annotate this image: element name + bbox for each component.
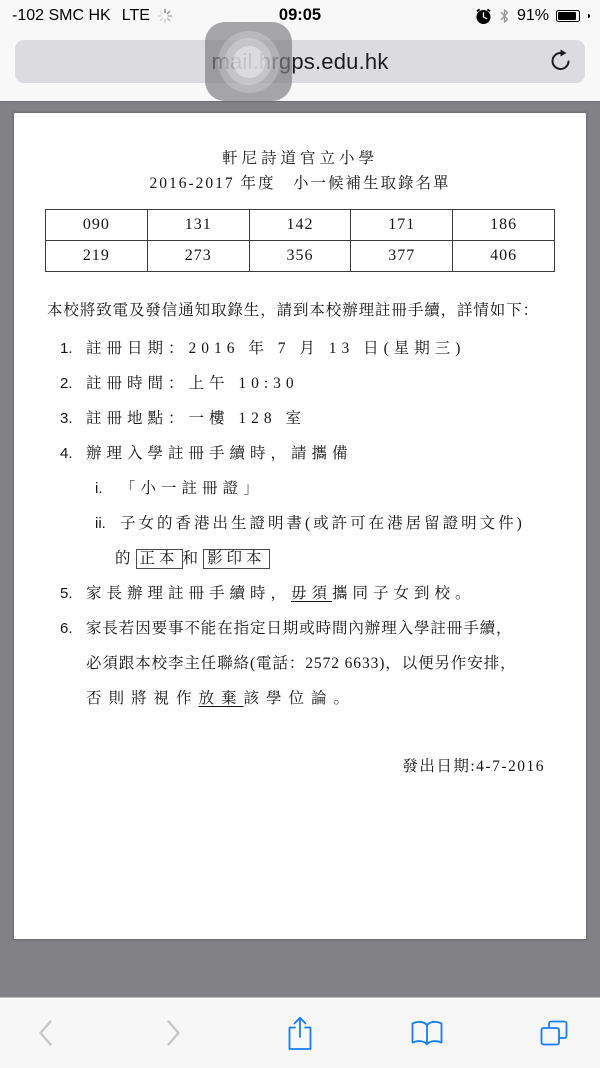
list-item-4: 4. 辦理入學註冊手續時，請攜備 [60, 443, 586, 465]
list-item-4-sub-ii-line2: 的正本和影印本 [115, 548, 586, 570]
sub-item-number: ii. [95, 513, 120, 535]
admission-number-cell: 273 [147, 241, 249, 272]
table-row: 090 131 142 171 186 [46, 210, 555, 241]
item-number: 3. [60, 408, 86, 430]
carrier-signal-text: -102 SMC HK [12, 7, 111, 25]
refresh-button[interactable] [547, 49, 573, 75]
sub-item-text: 子女的香港出生證明書(或許可在港居留證明文件) [120, 513, 525, 535]
list-item-4-sub-ii: ii. 子女的香港出生證明書(或許可在港居留證明文件) [95, 513, 586, 535]
underlined-no-need-text: 毋須 [291, 585, 332, 602]
assistive-touch-button[interactable] [205, 22, 292, 101]
refresh-icon [549, 49, 571, 73]
url-bar: mail.hrgps.edu.hk [0, 30, 600, 101]
list-item-6-line3: 否則將視作放棄該學位論。 [86, 688, 586, 710]
back-button[interactable] [24, 1009, 68, 1057]
page-backdrop: 軒尼詩道官立小學 2016-2017 年度 小一候補生取錄名單 090 131 … [0, 101, 600, 997]
list-item-2: 2. 註冊時間：上午 10:30 [60, 373, 586, 395]
item-text: 辦理入學註冊手續時，請攜備 [86, 443, 353, 465]
list-item-6-line2: 必須跟本校李主任聯絡(電話：2572 6633)，以便另作安排， [86, 653, 586, 675]
school-name-title: 軒尼詩道官立小學 [14, 147, 586, 171]
item-number: 5. [60, 583, 86, 605]
admission-numbers-table: 090 131 142 171 186 219 273 356 377 406 [45, 209, 555, 272]
assistive-touch-outer-ring [218, 31, 280, 93]
battery-percent-text: 91% [517, 7, 549, 25]
battery-icon [556, 10, 580, 22]
document-page: 軒尼詩道官立小學 2016-2017 年度 小一候補生取錄名單 090 131 … [14, 113, 586, 939]
admission-number-cell: 186 [453, 210, 555, 241]
admission-number-cell: 219 [46, 241, 148, 272]
status-left-group: -102 SMC HK LTE [12, 7, 173, 25]
document-subtitle: 2016-2017 年度 小一候補生取錄名單 [14, 171, 586, 197]
boxed-photocopy-label: 影印本 [203, 549, 270, 569]
back-chevron-icon [35, 1018, 57, 1048]
admission-number-cell: 131 [147, 210, 249, 241]
forward-button[interactable] [151, 1009, 195, 1057]
intro-paragraph: 本校將致電及發信通知取錄生，請到本校辦理註冊手續，詳情如下： [47, 300, 546, 322]
line2-connector: 和 [183, 550, 204, 567]
list-item-3: 3. 註冊地點：一樓 128 室 [60, 408, 586, 430]
table-row: 219 273 356 377 406 [46, 241, 555, 272]
bluetooth-icon [499, 8, 510, 24]
network-activity-spinner-icon [157, 8, 173, 24]
admission-number-cell: 406 [453, 241, 555, 272]
alarm-clock-icon [475, 8, 492, 25]
item-number: 2. [60, 373, 86, 395]
admission-number-cell: 142 [249, 210, 351, 241]
item-number: 4. [60, 443, 86, 465]
item-text: 註冊地點：一樓 128 室 [86, 408, 306, 430]
boxed-original-label: 正本 [136, 549, 183, 569]
list-item-6: 6. 家長若因要事不能在指定日期或時間內辦理入學註冊手續， [60, 618, 586, 640]
sub-item-number: i. [95, 478, 120, 500]
list-item-1: 1. 註冊日期：2016 年 7 月 13 日(星期三) [60, 338, 586, 360]
item-text-line1: 家長若因要事不能在指定日期或時間內辦理入學註冊手續， [86, 618, 512, 640]
battery-cap [588, 14, 590, 19]
item-text: 註冊日期：2016 年 7 月 13 日(星期三) [86, 338, 465, 360]
sub-item-text: 「小一註冊證」 [120, 478, 264, 500]
list-item-4-sub-i: i. 「小一註冊證」 [95, 478, 586, 500]
line2-prefix: 的 [115, 550, 136, 567]
list-item-5: 5. 家長辦理註冊手續時，毋須攜同子女到校。 [60, 583, 586, 605]
bottom-toolbar [0, 997, 600, 1068]
admission-number-cell: 171 [351, 210, 453, 241]
item-text: 註冊時間：上午 10:30 [86, 373, 299, 395]
tabs-button[interactable] [532, 1009, 576, 1057]
status-bar: -102 SMC HK LTE 09:05 [0, 0, 600, 30]
share-icon [285, 1015, 315, 1052]
item-text: 家長辦理註冊手續時，毋須攜同子女到校。 [86, 583, 476, 605]
assistive-touch-middle-ring [225, 38, 272, 85]
tabs-overlapping-squares-icon [539, 1019, 569, 1047]
address-field[interactable]: mail.hrgps.edu.hk [15, 40, 585, 83]
item-number: 6. [60, 618, 86, 640]
underlined-forfeit-text: 放棄 [199, 690, 244, 707]
iphone-safari-screen: -102 SMC HK LTE 09:05 [0, 0, 600, 1068]
admission-number-cell: 356 [249, 241, 351, 272]
bookmarks-button[interactable] [405, 1009, 449, 1057]
item-number: 1. [60, 338, 86, 360]
status-right-group: 91% [475, 7, 590, 25]
forward-chevron-icon [162, 1018, 184, 1048]
network-type-text: LTE [122, 7, 150, 25]
issue-date-text: 發出日期:4-7-2016 [14, 754, 545, 776]
assistive-touch-inner-circle [233, 46, 265, 78]
admission-number-cell: 090 [46, 210, 148, 241]
open-book-icon [408, 1019, 446, 1047]
admission-number-cell: 377 [351, 241, 453, 272]
share-button[interactable] [278, 1009, 322, 1057]
